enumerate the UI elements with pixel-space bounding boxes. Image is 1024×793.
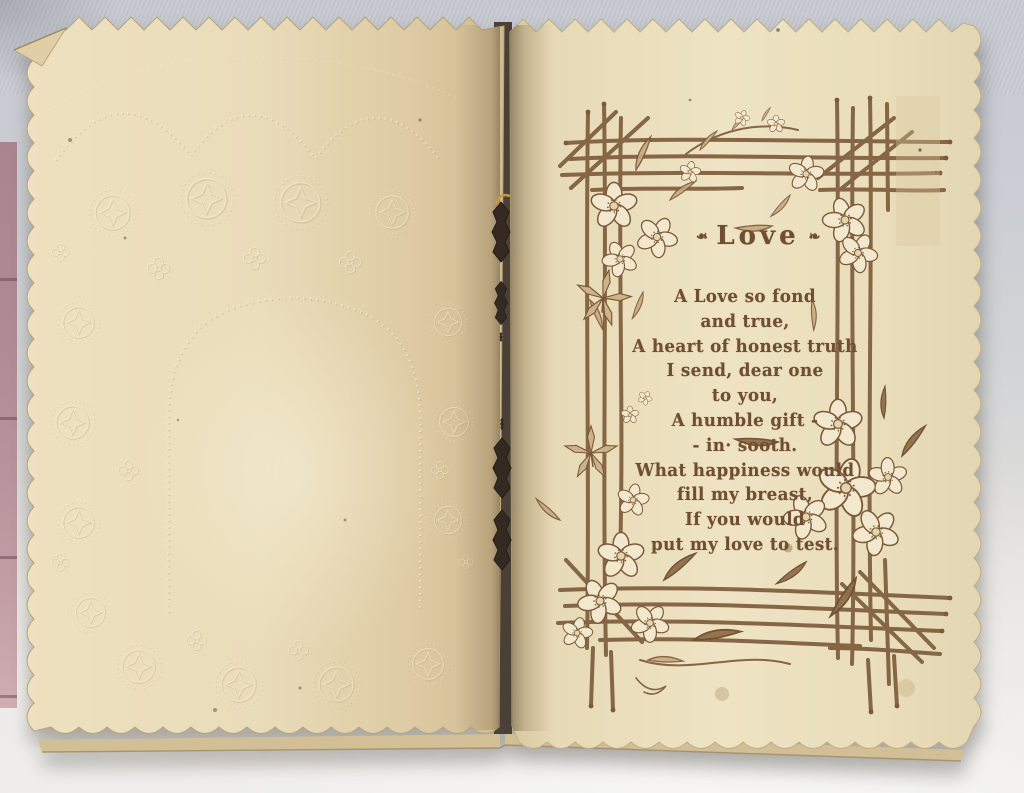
poem-line: - in· sooth.: [582, 434, 908, 459]
poem-line: put my love to test.: [582, 533, 908, 558]
spine-cutout-icon: [493, 510, 511, 570]
poem-line: A Love so fond: [582, 285, 908, 310]
poem-line: and true,: [582, 310, 908, 335]
title-ornament-right-icon: ❧: [809, 230, 821, 244]
poem-line: A heart of honest truth: [582, 335, 908, 360]
spine-cutout-icon: [493, 438, 511, 498]
card-title-row: ❧Love❧: [590, 223, 926, 249]
card-title: Love: [716, 221, 799, 251]
photo-scene: ❧Love❧ A Love so fond and true, A heart …: [0, 0, 1024, 793]
spine-cutout-icon: [500, 418, 504, 430]
spine-cutout-icon: [500, 332, 503, 342]
poem-line: to you,: [582, 384, 908, 409]
poem-line: I send, dear one: [582, 359, 908, 384]
spine-cutout-icon: [492, 202, 510, 262]
poem-line: fill my breast,: [582, 483, 908, 508]
poem-line: A humble gift -: [582, 409, 908, 434]
poem-line: If you would: [582, 508, 908, 533]
title-ornament-left-icon: ❧: [696, 230, 708, 244]
left-page-lace: [14, 17, 504, 734]
spine-cutout-icon: [495, 281, 508, 324]
poem-block: A Love so fond and true, A heart of hone…: [582, 285, 908, 558]
poem-line: What happiness would: [582, 459, 908, 484]
